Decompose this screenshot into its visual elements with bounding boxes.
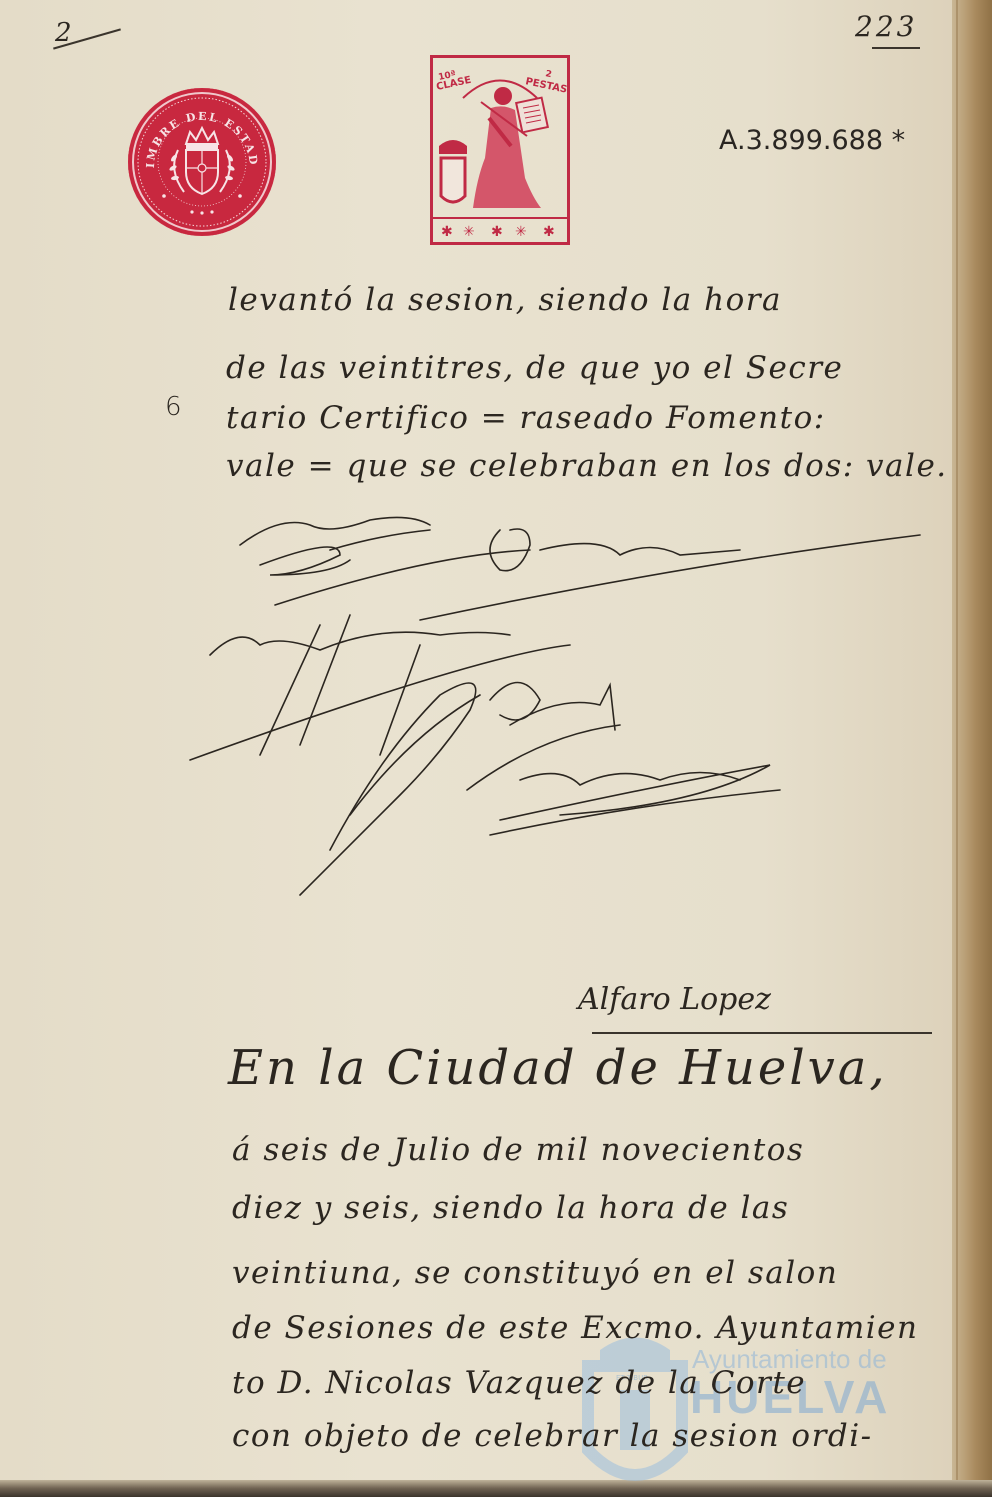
serial-mark: *	[892, 125, 906, 156]
text-line: de Sesiones de este Excmo. Ayuntamien	[232, 1310, 918, 1346]
page-number: 223	[855, 10, 917, 43]
state-seal-stamp: TIMBRE DEL ESTADO	[128, 88, 276, 236]
signature-flourishes-icon	[180, 495, 960, 915]
text-line: de las veintitres, de que yo el Secre	[226, 350, 843, 386]
text-line: tario Certifico = raseado Fomento:	[226, 400, 826, 436]
text-line: á seis de Julio de mil novecientos	[232, 1132, 804, 1168]
huelva-watermark: ET TIBUR Ayuntamiento de HUELVA	[580, 1330, 940, 1490]
svg-text:✳: ✳	[515, 224, 527, 240]
svg-text:2: 2	[544, 69, 552, 80]
page-number-underline	[872, 47, 920, 49]
svg-text:✳: ✳	[463, 224, 475, 240]
serial-number-value: A.3.899.688	[719, 125, 883, 156]
margin-heading: Alfaro Lopez	[578, 982, 771, 1017]
allegorical-figure-icon: 10ª CLASE 2 PESTAS ✱ ✳ ✱ ✳ ✱	[433, 58, 567, 242]
tax-stamp: 10ª CLASE 2 PESTAS ✱ ✳ ✱ ✳ ✱	[430, 55, 570, 245]
svg-text:✱: ✱	[491, 224, 503, 240]
text-line: con objeto de celebrar la sesion ordi-	[232, 1418, 873, 1454]
svg-text:✱: ✱	[441, 224, 453, 240]
huelva-shield-icon: ET TIBUR	[580, 1330, 690, 1490]
svg-text:TIMBRE DEL ESTADO: TIMBRE DEL ESTADO	[128, 88, 260, 168]
heading-underline	[592, 1032, 932, 1034]
opening-line: En la Ciudad de Huelva,	[228, 1040, 888, 1096]
text-line: vale = que se celebraban en los dos: val…	[226, 448, 948, 484]
margin-number: 6	[165, 392, 182, 422]
text-line: to D. Nicolas Vazquez de la Corte	[232, 1365, 806, 1401]
svg-text:✱: ✱	[543, 224, 555, 240]
serial-number: A.3.899.688 *	[719, 125, 905, 156]
text-line: levantó la sesion, siendo la hora	[228, 282, 782, 318]
coat-of-arms-icon: TIMBRE DEL ESTADO	[128, 88, 276, 236]
text-line: veintiuna, se constituyó en el salon	[232, 1255, 838, 1291]
text-line: diez y seis, siendo la hora de las	[232, 1190, 789, 1226]
